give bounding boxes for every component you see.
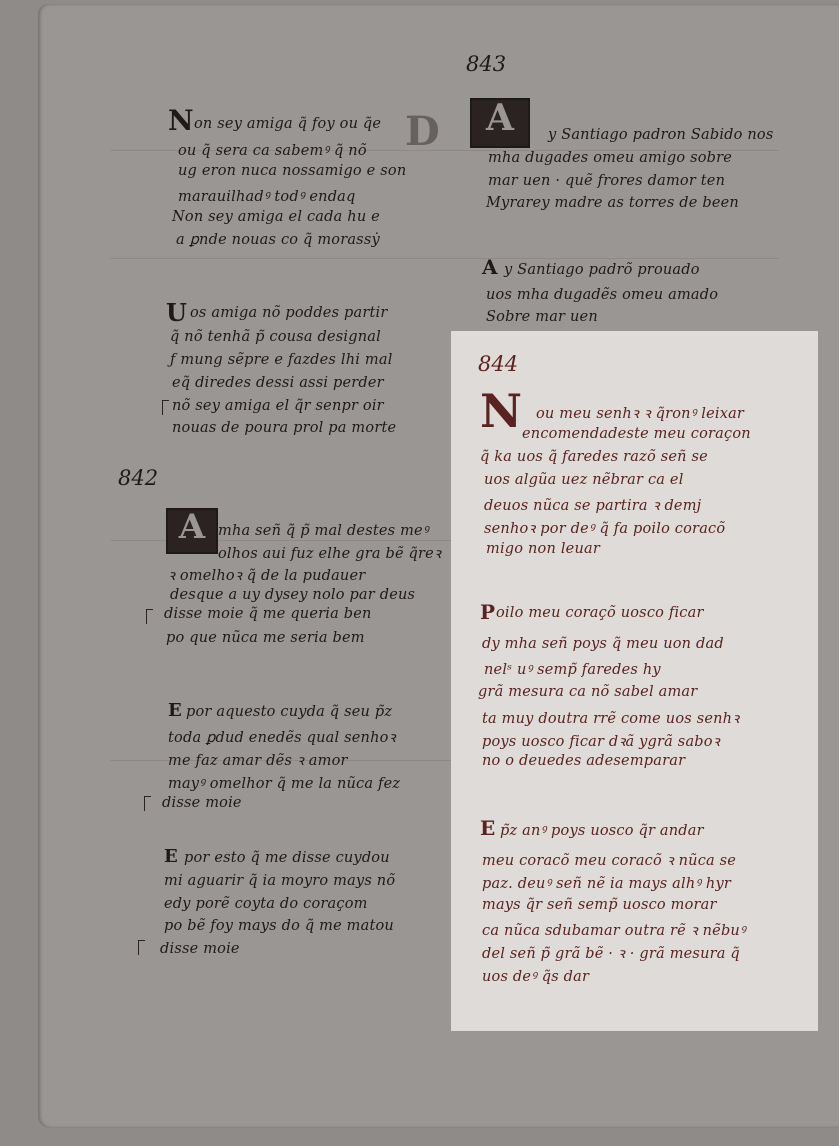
poem-number: 842 bbox=[118, 466, 158, 490]
initial-letter: N bbox=[480, 388, 522, 434]
verse-line: nouas de poura prol pa morte bbox=[172, 420, 396, 436]
verse-line: oilo meu coraçõ uosco ficar bbox=[496, 605, 704, 621]
verse-line: desque a uy dysey nolo par deus bbox=[170, 587, 415, 603]
verse-line: senhoꝛ por deꝰ q̃ fa poilo coracõ bbox=[484, 518, 725, 538]
initial-letter: N bbox=[168, 107, 194, 135]
paragraph-mark bbox=[162, 400, 169, 415]
verse-line: Sobre mar uen bbox=[486, 309, 598, 325]
verse-line: disse moie bbox=[160, 941, 240, 957]
verse-line: mha señ q̃ p̃ mal destes meꝰ bbox=[218, 520, 429, 540]
verse-line: ƒ mung sẽpre e fazdes lhi mal bbox=[170, 352, 393, 368]
verse-line: mha dugades omeu amigo sobre bbox=[488, 150, 732, 166]
verse-line: mayꝰ omelhor q̃ me la nũca fez bbox=[168, 773, 400, 793]
initial-letter: A bbox=[482, 257, 498, 277]
verse-line: disse moie bbox=[162, 795, 242, 811]
paragraph-mark bbox=[138, 940, 145, 955]
verse-line: on sey amiga q̃ foy ou q̃e bbox=[194, 116, 381, 132]
show-through-initial: D bbox=[405, 108, 440, 155]
verse-line: ou q̃ sera ca sabemꝰ q̃ nõ bbox=[178, 140, 367, 160]
verse-line: ca nũca sdubamar outra rẽ ꝛ nẽbuꝰ bbox=[482, 920, 746, 940]
verse-line: q̃ nõ tenhã p̃ cousa designal bbox=[170, 329, 381, 345]
verse-line: deuos nũca se partira ꝛ demj bbox=[484, 495, 701, 515]
verse-line: mays q̃r señ semp̃ uosco morar bbox=[482, 897, 717, 913]
verse-line: grã mesura ca nõ sabel amar bbox=[478, 684, 697, 700]
verse-line: ou meu senhꝛ ꝛ q̃ronꝰ leixar bbox=[536, 403, 744, 423]
initial-letter: P bbox=[480, 602, 495, 622]
verse-line: po bẽ foy mays do q̃ me matou bbox=[164, 918, 394, 934]
verse-line: y Santiago padron Sabido nos bbox=[548, 127, 774, 143]
verse-line: migo non leuar bbox=[486, 541, 600, 557]
verse-line: uos algũa uez nẽbrar ca el bbox=[484, 472, 684, 488]
verse-line: encomendadeste meu coraçon bbox=[522, 426, 751, 442]
verse-line: mar uen · quẽ frores damor ten bbox=[488, 173, 725, 189]
verse-line: del señ p̃ grã bẽ · ꝛ · grã mesura q̃ bbox=[482, 943, 740, 963]
verse-line: Non sey amiga el cada hu e bbox=[172, 209, 380, 225]
verse-line: os amiga nõ poddes partir bbox=[190, 305, 388, 321]
initial-letter: U bbox=[166, 301, 187, 325]
verse-line: paz. deuꝰ señ nẽ ia mays alhꝰ hyr bbox=[482, 873, 731, 893]
verse-line: dy mha señ poys q̃ meu uon dad bbox=[482, 636, 724, 652]
verse-line: ug eron nuca nossamigo e son bbox=[178, 163, 406, 179]
verse-line: toda ꝑdud enedẽs qual senhoꝛ bbox=[168, 727, 396, 747]
verse-line: marauilhadꝰ todꝰ endaq bbox=[178, 186, 356, 206]
paragraph-mark bbox=[146, 609, 153, 624]
verse-line: uos mha dugadẽs omeu amado bbox=[486, 287, 718, 303]
initial-letter: E bbox=[480, 818, 495, 838]
paragraph-mark bbox=[144, 796, 151, 811]
verse-line: po que nũca me seria bem bbox=[166, 630, 365, 646]
decorated-initial: A bbox=[470, 98, 530, 148]
ruling-line bbox=[110, 258, 779, 259]
poem-number: 844 bbox=[478, 352, 518, 376]
verse-line: eq̃ diredes dessi assi perder bbox=[172, 375, 384, 391]
verse-line: meu coracõ meu coracõ ꝛ nũca se bbox=[482, 850, 736, 870]
initial-letter: E bbox=[164, 848, 178, 866]
verse-line: nelˢ uꝰ semp̃ faredes hy bbox=[484, 659, 661, 679]
verse-line: por esto q̃ me disse cuydou bbox=[184, 850, 390, 866]
verse-line: ta muy doutra rrẽ come uos senhꝛ bbox=[482, 708, 739, 728]
decorated-initial: A bbox=[166, 508, 218, 554]
verse-line: por aquesto cuyda q̃ seu p̃z bbox=[186, 704, 392, 720]
verse-line: disse moie q̃ me queria ben bbox=[164, 606, 372, 622]
verse-line: poys uosco ficar dꝛã ygrã saboꝛ bbox=[482, 731, 720, 751]
verse-line: y Santiago padrõ prouado bbox=[504, 262, 700, 278]
verse-line: a ꝑnde nouas co q̃ morassẏ bbox=[176, 232, 380, 248]
verse-line: ꝛ omelhoꝛ q̃ de la pudauer bbox=[168, 565, 365, 585]
verse-line: p̃z anꝰ poys uosco q̃r andar bbox=[500, 820, 704, 840]
verse-line: uos deꝰ q̃s dar bbox=[482, 966, 589, 986]
verse-line: no o deuedes adesemparar bbox=[482, 753, 685, 769]
initial-letter: E bbox=[168, 702, 182, 720]
verse-line: edy porẽ coyta do coraçom bbox=[164, 896, 368, 912]
verse-line: olhos aui fuz elhe gra bẽ q̃reꝛ bbox=[218, 543, 441, 563]
verse-line: me faz amar dẽs ꝛ amor bbox=[168, 750, 348, 770]
verse-line: mi aguarir q̃ ia moyro mays nõ bbox=[164, 873, 395, 889]
poem-number: 843 bbox=[466, 52, 506, 76]
verse-line: nõ sey amiga el q̃r senpr oir bbox=[172, 398, 384, 414]
verse-line: q̃ ka uos q̃ faredes razõ señ se bbox=[480, 449, 708, 465]
verse-line: Myrarey madre as torres de been bbox=[486, 195, 739, 211]
